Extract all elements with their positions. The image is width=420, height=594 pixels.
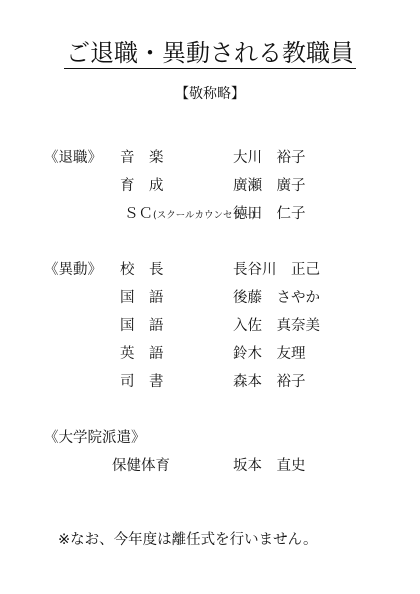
staff-name: 入佐 真奈美 xyxy=(233,316,320,336)
staff-name: 坂本 直史 xyxy=(233,456,306,476)
title-text: ご退職・異動される教職員 xyxy=(64,39,356,69)
staff-name: 大川 裕子 xyxy=(233,148,306,168)
staff-name: 廣瀬 廣子 xyxy=(233,176,306,196)
subject: 保健体育 xyxy=(112,456,170,476)
subject: 国 語 xyxy=(120,316,164,336)
subject: 司 書 xyxy=(120,372,164,392)
staff-name: 後藤 さやか xyxy=(233,288,320,308)
subject: 英 語 xyxy=(120,344,164,364)
honorifics-omitted-note: 【敬称略】 xyxy=(0,83,420,103)
section-label-grad-school: 《大学院派遣》 xyxy=(44,428,146,448)
subject: 育 成 xyxy=(120,176,164,196)
staff-name: 鈴木 友理 xyxy=(233,344,306,364)
staff-name: 徳田 仁子 xyxy=(233,204,306,224)
staff-name: 長谷川 正己 xyxy=(233,260,320,280)
staff-name: 森本 裕子 xyxy=(233,372,306,392)
subject: 校 長 xyxy=(120,260,164,280)
section-label-retirement: 《退職》 xyxy=(44,148,102,168)
farewell-ceremony-note: ※なお、今年度は離任式を行いません。 xyxy=(58,528,318,549)
subject: 音 楽 xyxy=(120,148,164,168)
subject-abbr: ＳＣ xyxy=(124,206,153,222)
page-title: ご退職・異動される教職員 xyxy=(0,38,420,68)
section-label-transfer: 《異動》 xyxy=(44,260,102,280)
subject: 国 語 xyxy=(120,288,164,308)
